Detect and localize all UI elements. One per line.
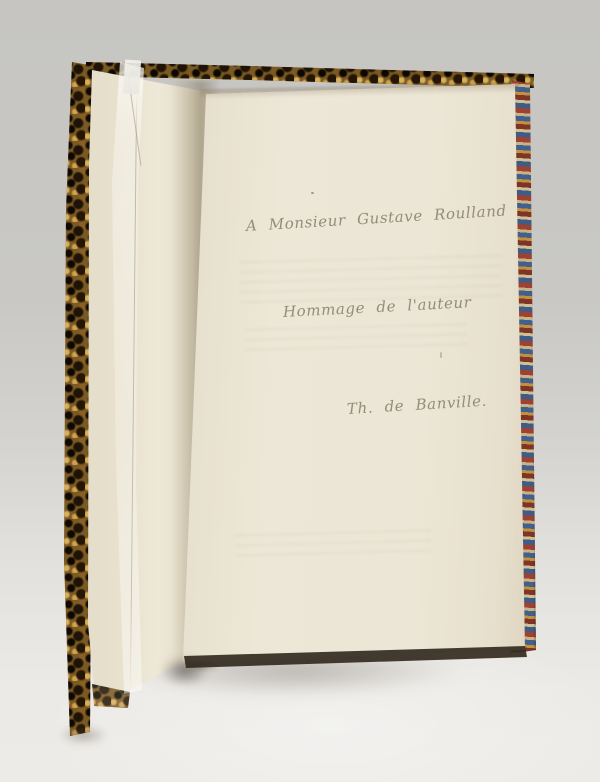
photo-of-inscribed-book: A Monsieur Gustave Roulland Hommage de l… [0,0,600,782]
paper-speck [311,192,314,194]
tissue-guard-top-tab [123,59,141,94]
board-contact-shadow [48,722,118,748]
flyleaf-page [180,80,528,666]
paper-speck [440,352,442,358]
gutter-contact-shadow [150,650,220,692]
show-through-text [235,529,432,564]
